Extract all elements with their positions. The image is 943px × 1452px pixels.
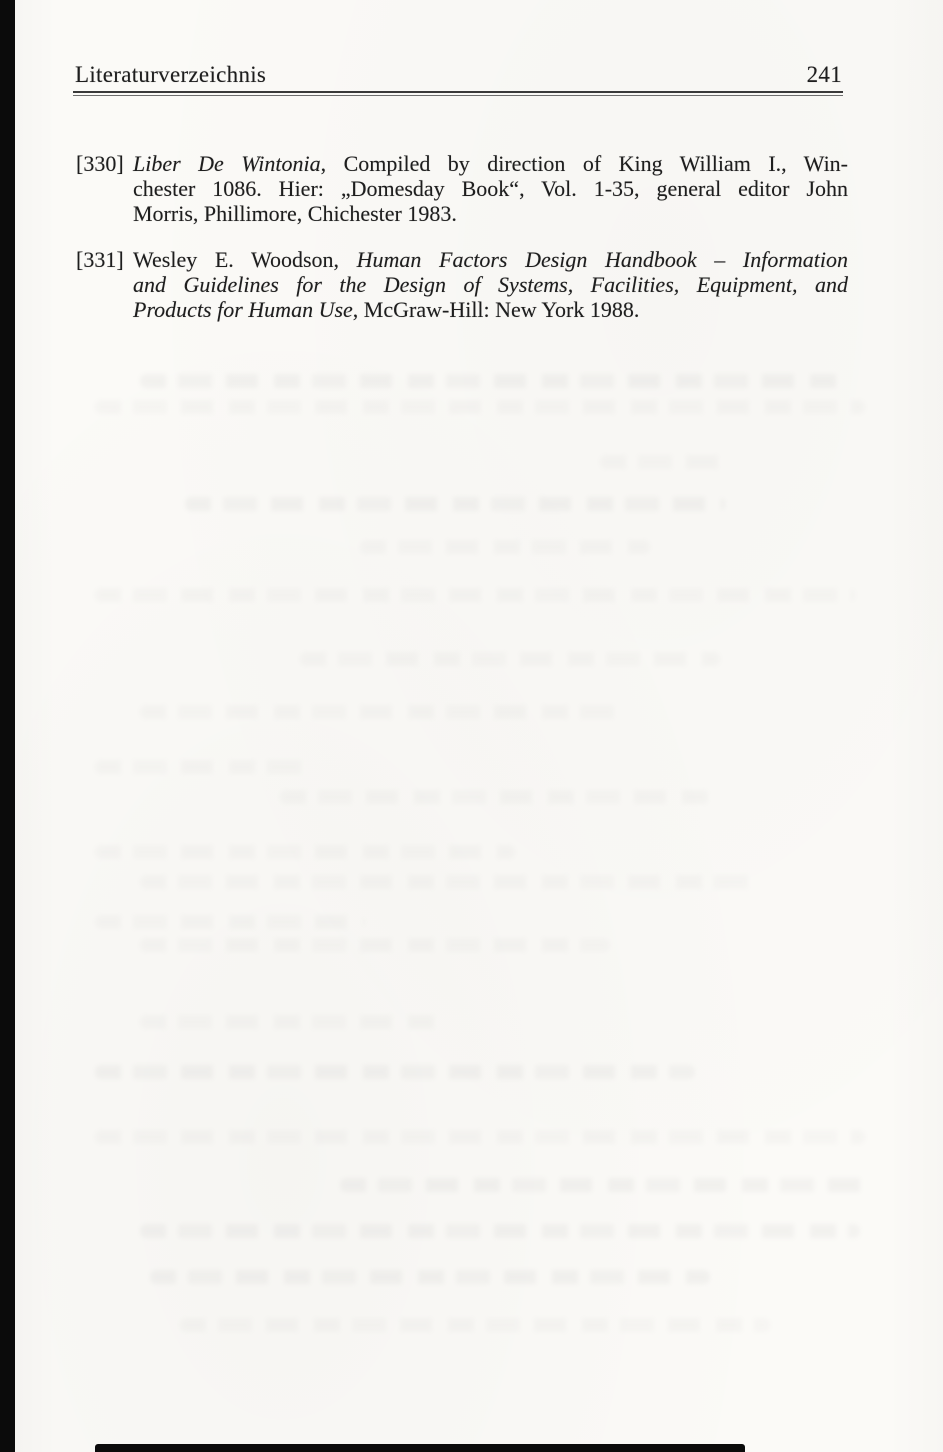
reference-line: Wesley E. Woodson, Human Factors Design … bbox=[133, 247, 848, 272]
reference-text: , McGraw-Hill: New York 1988. bbox=[353, 297, 640, 322]
reference-text: , Compiled by direction of King William … bbox=[321, 151, 848, 176]
ghost-line bbox=[95, 915, 365, 929]
reference-text: Morris, Phillimore, Chichester 1983. bbox=[133, 201, 457, 226]
page-number: 241 bbox=[807, 62, 842, 88]
reference-title-italic: Products for Human Use bbox=[133, 297, 353, 322]
ghost-line bbox=[185, 497, 725, 511]
reference-text: chester 1086. Hier: „Domesday Book“, Vol… bbox=[133, 176, 848, 201]
ghost-line bbox=[95, 588, 855, 602]
ghost-line bbox=[95, 1065, 695, 1079]
ghost-line bbox=[95, 1130, 865, 1144]
ghost-line bbox=[95, 400, 865, 414]
reference-entry: [330]Liber De Wintonia, Compiled by dire… bbox=[76, 151, 848, 226]
reference-body: Liber De Wintonia, Compiled by direction… bbox=[133, 151, 848, 226]
reference-title-italic: and Guidelines for the Design of Systems… bbox=[133, 272, 848, 297]
ghost-line bbox=[140, 705, 620, 719]
reference-line: Liber De Wintonia, Compiled by direction… bbox=[133, 151, 848, 176]
reference-label: [331] bbox=[76, 247, 133, 322]
page-title: Literaturverzeichnis bbox=[75, 62, 266, 88]
references-list: [330]Liber De Wintonia, Compiled by dire… bbox=[76, 151, 848, 343]
ghost-line bbox=[340, 1178, 870, 1192]
ghost-line bbox=[140, 1015, 440, 1029]
reference-line: Products for Human Use, McGraw-Hill: New… bbox=[133, 297, 848, 322]
reference-title-italic: Liber De Wintonia bbox=[133, 151, 321, 176]
reference-label: [330] bbox=[76, 151, 133, 226]
ghost-line bbox=[140, 374, 840, 388]
ghost-line bbox=[95, 760, 315, 774]
ghost-line bbox=[180, 1318, 770, 1332]
reference-entry: [331]Wesley E. Woodson, Human Factors De… bbox=[76, 247, 848, 322]
reference-text: Wesley E. Woodson, bbox=[133, 247, 357, 272]
reference-line: Morris, Phillimore, Chichester 1983. bbox=[133, 201, 848, 226]
ghost-line bbox=[140, 938, 610, 952]
reference-body: Wesley E. Woodson, Human Factors Design … bbox=[133, 247, 848, 322]
ghost-line bbox=[600, 455, 730, 469]
reference-title-italic: Human Factors Design Handbook – Informat… bbox=[357, 247, 848, 272]
ghost-line bbox=[140, 875, 760, 889]
reference-line: chester 1086. Hier: „Domesday Book“, Vol… bbox=[133, 176, 848, 201]
scan-artifact-bottom-bar bbox=[95, 1444, 745, 1452]
header-rule bbox=[73, 91, 843, 96]
ghost-line bbox=[300, 652, 720, 666]
scan-artifact-left-bar bbox=[0, 0, 15, 1452]
ghost-line bbox=[95, 845, 515, 859]
page-header: Literaturverzeichnis 241 bbox=[75, 62, 842, 88]
ghost-line bbox=[150, 1270, 710, 1284]
ghost-line bbox=[140, 1224, 860, 1238]
ghost-line bbox=[280, 790, 710, 804]
scanned-page: Literaturverzeichnis 241 [330]Liber De W… bbox=[0, 0, 943, 1452]
reference-line: and Guidelines for the Design of Systems… bbox=[133, 272, 848, 297]
ghost-line bbox=[360, 540, 650, 554]
